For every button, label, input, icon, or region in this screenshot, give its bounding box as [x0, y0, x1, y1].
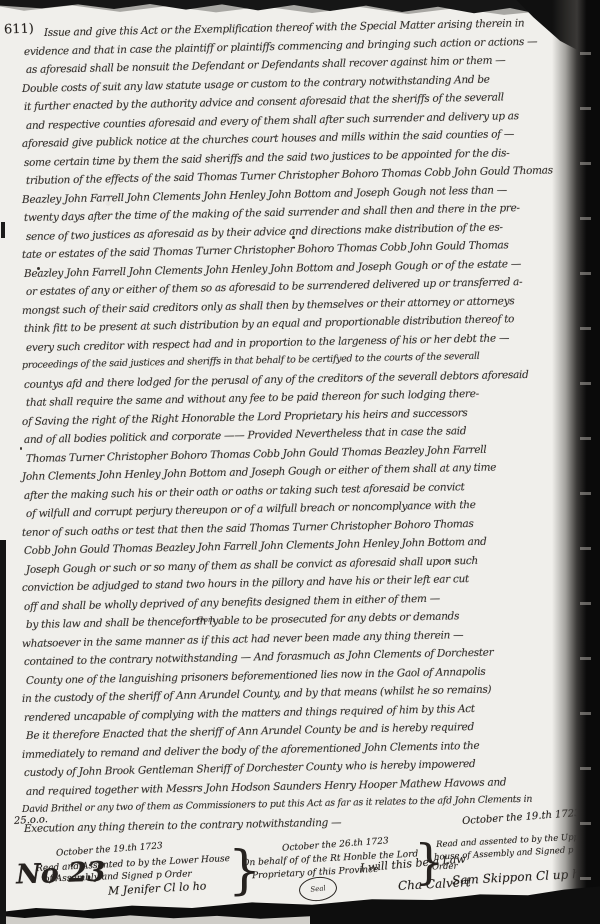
page-number: 611) — [4, 21, 34, 37]
manuscript-line: as aforesaid shall be nonsuit the Defend… — [26, 54, 506, 76]
manuscript-line: and of all bodies politick and corporate… — [24, 425, 466, 446]
upper-house-attestation: Order — [432, 862, 458, 873]
manuscript-line: twenty days after the time of the making… — [24, 202, 520, 224]
ink-speck — [99, 163, 101, 165]
manuscript-line: Thomas Turner Christopher Bohoro Thomas … — [26, 443, 487, 464]
manuscript-line: of Saving the right of the Right Honorab… — [22, 407, 468, 428]
ink-speck — [448, 560, 450, 562]
manuscript-line: Beazley John Farrell John Clements John … — [24, 258, 521, 280]
manuscript-page: Issue and give this Act or the Exemplifi… — [0, 0, 600, 924]
manuscript-line: proceedings of the said justices and she… — [22, 351, 480, 371]
manuscript-line: immediately to remand and deliver the bo… — [22, 739, 480, 760]
manuscript-body: Issue and give this Act or the Exemplifi… — [0, 0, 600, 924]
manuscript-line: whatsoever in the same manner as if this… — [22, 629, 464, 650]
manuscript-line: Be it therefore Enacted that the sheriff… — [26, 721, 474, 742]
manuscript-line: Beazley John Farrell John Clements John … — [22, 184, 507, 206]
ink-speck — [37, 267, 40, 270]
margin-note: 25.o.o. — [14, 814, 48, 827]
manuscript-line: aforesaid give publick notice at the chu… — [22, 128, 514, 150]
manuscript-line: Cobb John Gould Thomas Beazley John Farr… — [24, 536, 487, 557]
manuscript-line: sence of two justices as aforesaid as by… — [26, 221, 503, 243]
manuscript-line: County one of the languishing prisoners … — [26, 665, 486, 686]
manuscript-line: after the making such his or their oath … — [24, 481, 465, 502]
ink-speck — [20, 447, 22, 450]
manuscript-line: in the custody of the sheriff of Ann Aru… — [22, 684, 492, 705]
manuscript-line: Issue and give this Act or the Exemplifi… — [44, 17, 525, 39]
manuscript-line: Double costs of suit any law statute usa… — [22, 73, 490, 94]
manuscript-line: and respective counties aforesaid and ev… — [26, 110, 519, 132]
manuscript-line: David Brithel or any two of them as Comm… — [22, 794, 532, 815]
manuscript-line: by this law and shall be thenceforth lya… — [26, 610, 459, 631]
manuscript-line: it further enacted by the authority advi… — [24, 91, 504, 113]
manuscript-line: or estates of any or either of them so a… — [26, 276, 523, 298]
manuscript-line: Execution any thing therein to the contr… — [24, 816, 341, 834]
manuscript-line: off and shall be wholly deprived of any … — [24, 592, 440, 612]
manuscript-line: tate or estates of the said Thomas Turne… — [22, 239, 509, 261]
manuscript-line: contained to the contrary notwithstandin… — [24, 647, 494, 668]
manuscript-line: rendered uncapable of complying with the… — [24, 702, 475, 723]
manuscript-line: evidence and that in case the plaintiff … — [24, 35, 537, 57]
manuscript-line: think fitt to be present at such distrib… — [24, 313, 514, 335]
manuscript-line: tribution of the effects of the said Tho… — [26, 164, 553, 187]
manuscript-line: mongst such of their said creditors only… — [22, 295, 515, 317]
manuscript-line: Joseph Gough or such or so many of them … — [26, 554, 478, 575]
manuscript-line: conviction be adjudged to stand two hour… — [22, 573, 469, 594]
manuscript-line: countys afd and there lodged for the per… — [24, 368, 529, 390]
manuscript-line: every such creditor with respect had and… — [26, 332, 509, 354]
manuscript-line: and required together with Messrs John H… — [26, 776, 507, 798]
manuscript-line: some certain time by them the said sheri… — [24, 147, 510, 169]
manuscript-line: of wilfull and corrupt perjury thereupon… — [26, 499, 476, 520]
interlinear-note: from — [197, 615, 215, 624]
manuscript-line: John Clements John Henley John Bottom an… — [22, 461, 496, 483]
manuscript-line: that shall require the same and without … — [26, 388, 479, 409]
manuscript-line: custody of John Brook Gentleman Sheriff … — [24, 758, 476, 779]
ink-speck — [292, 236, 295, 239]
manuscript-line: tenor of such oaths or test that then th… — [22, 517, 474, 538]
